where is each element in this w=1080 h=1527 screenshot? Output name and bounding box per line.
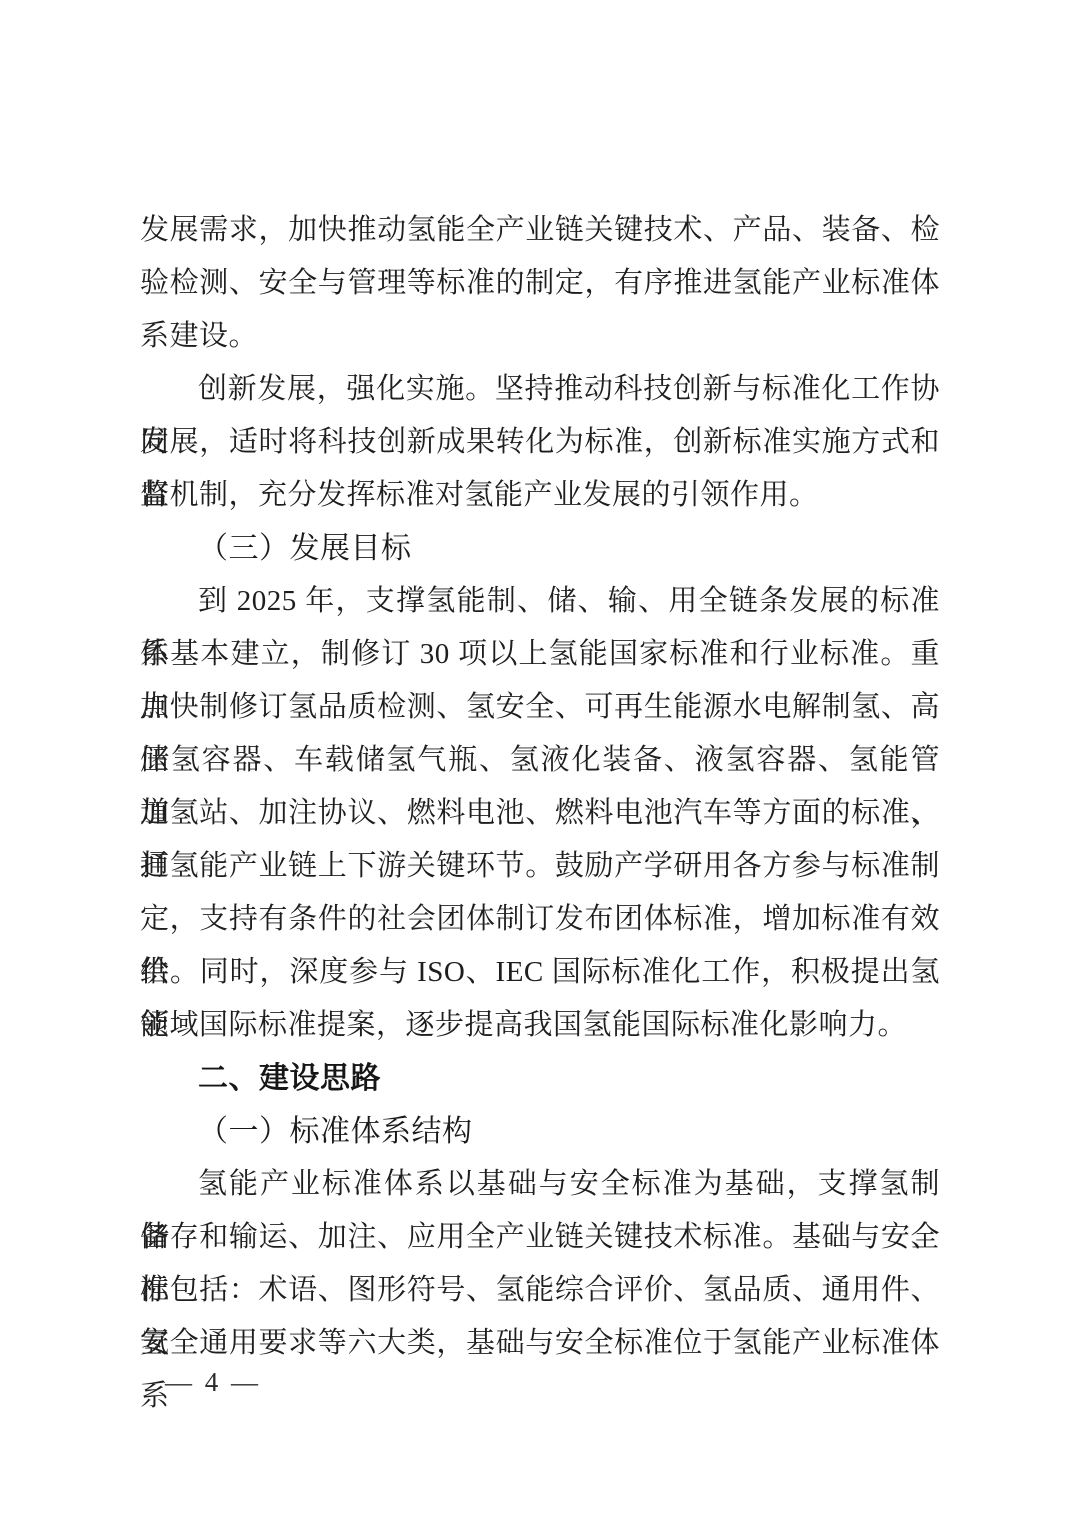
document-body: 发展需求，加快推动氢能全产业链关键技术、产品、装备、检 验检测、安全与管理等标准… (140, 204, 940, 1370)
body-line: 督机制，充分发挥标准对氢能产业发展的引领作用。 (140, 469, 940, 522)
body-line: 定，支持有条件的社会团体制订发布团体标准，增加标准有效供 (140, 893, 940, 946)
body-line: 加快制修订氢品质检测、氢安全、可再生能源水电解制氢、高压 (140, 681, 940, 734)
body-line: 给。同时，深度参与 ISO、IEC 国际标准化工作，积极提出氢能 (140, 946, 940, 999)
body-line: 氢能产业标准体系以基础与安全标准为基础，支撑氢制备、 (140, 1158, 940, 1211)
document-page: 发展需求，加快推动氢能全产业链关键技术、产品、装备、检 验检测、安全与管理等标准… (0, 0, 1080, 1527)
body-line: 发展需求，加快推动氢能全产业链关键技术、产品、装备、检 (140, 204, 940, 257)
body-line: 到 2025 年，支撑氢能制、储、输、用全链条发展的标准体 (140, 575, 940, 628)
section-heading-sub: （三）发展目标 (140, 522, 940, 575)
body-line: 加氢站、加注协议、燃料电池、燃料电池汽车等方面的标准，打 (140, 787, 940, 840)
body-line: 系基本建立，制修订 30 项以上氢能国家标准和行业标准。重点 (140, 628, 940, 681)
page-number: — 4 — (165, 1362, 261, 1402)
body-line: 储存和输运、加注、应用全产业链关键技术标准。基础与安全标 (140, 1211, 940, 1264)
section-heading-sub: （一）标准体系结构 (140, 1105, 940, 1158)
body-line: 验检测、安全与管理等标准的制定，有序推进氢能产业标准体 (140, 257, 940, 310)
body-line: 创新发展，强化实施。坚持推动科技创新与标准化工作协同 (140, 363, 940, 416)
body-line: 系建设。 (140, 310, 940, 363)
section-heading-main: 二、建设思路 (140, 1052, 940, 1105)
body-line: 储氢容器、车载储氢气瓶、氢液化装备、液氢容器、氢能管道、 (140, 734, 940, 787)
body-line: 发展，适时将科技创新成果转化为标准，创新标准实施方式和监 (140, 416, 940, 469)
body-line: 准包括：术语、图形符号、氢能综合评价、氢品质、通用件、氢 (140, 1264, 940, 1317)
body-line: 通氢能产业链上下游关键环节。鼓励产学研用各方参与标准制 (140, 840, 940, 893)
body-line: 领域国际标准提案，逐步提高我国氢能国际标准化影响力。 (140, 999, 940, 1052)
